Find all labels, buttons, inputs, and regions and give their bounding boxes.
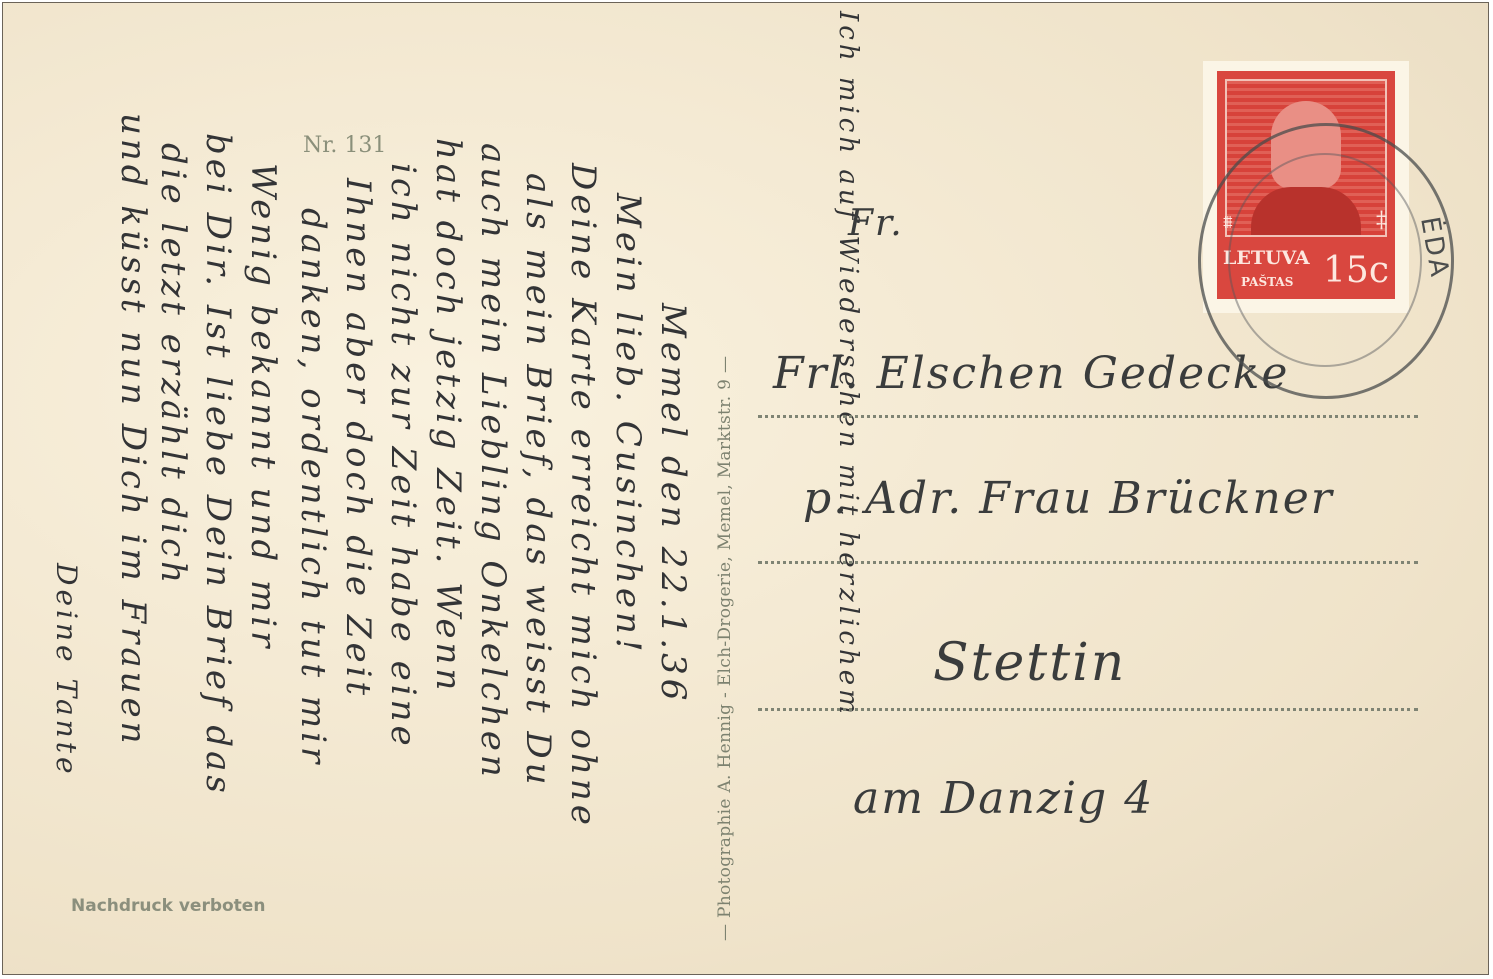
- message-line: und küsst nun Dich im Frauen: [113, 113, 153, 748]
- address-rule-3: [758, 708, 1418, 711]
- address-rule-1: [758, 415, 1418, 418]
- postcard: Nr. 131 — Photographie A. Hennig - Elch-…: [2, 2, 1489, 975]
- address-line-2: p. Adr. Frau Brückner: [803, 473, 1334, 524]
- message-line: als mein Brief, das weisst Du: [518, 173, 558, 788]
- message-line: Ihnen aber doch die Zeit: [338, 178, 378, 699]
- message-line: bei Dir. Ist liebe Dein Brief das: [198, 133, 238, 797]
- address-line-1: Frl. Elschen Gedecke: [773, 348, 1289, 399]
- postmark-inner-ring: [1228, 153, 1422, 367]
- message-line: die letzt erzählt dich: [153, 143, 193, 587]
- message-signature: Deine Tante: [50, 563, 83, 778]
- address-salutation: Fr.: [848, 203, 904, 244]
- message-line: auch mein Liebling Onkelchen: [473, 143, 513, 781]
- message-line: hat doch jetzig Zeit. Wenn: [428, 138, 468, 694]
- address-line-4: am Danzig 4: [853, 773, 1154, 824]
- message-line: Deine Karte erreicht mich ohne: [563, 163, 603, 829]
- message-line: ich nicht zur Zeit habe eine: [383, 163, 423, 750]
- address-rule-2: [758, 561, 1418, 564]
- message-line: Memel den 22.1.36: [653, 303, 693, 704]
- message-line: danken, ordentlich tut mir: [293, 208, 333, 767]
- message-line: Mein lieb. Cusinchen!: [608, 193, 648, 656]
- message-line: Wenig bekannt und mir: [243, 163, 283, 651]
- address-line-3: Stettin: [933, 633, 1126, 693]
- handwritten-message: Ich mich auf Wiedersehen mit herzlichem …: [3, 3, 723, 979]
